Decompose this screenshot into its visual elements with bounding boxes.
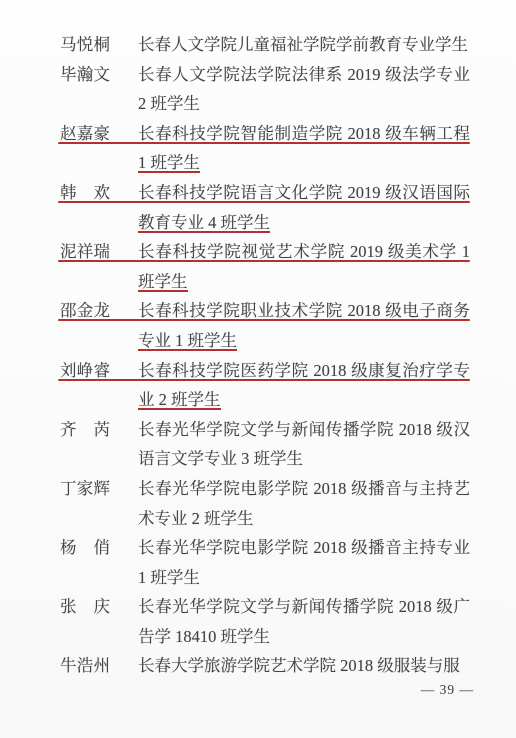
entry-text: 语言文学专业 3 班学生	[138, 444, 303, 474]
student-entry: 赵嘉豪长春科技学院智能制造学院 2018 级车辆工程1 班学生	[60, 119, 472, 178]
student-name: 刘峥睿	[60, 356, 110, 386]
entry-line-row: 毕瀚文长春人文学院法学院法律系 2019 级法学专业	[60, 60, 472, 90]
entry-line-row: 韩欢长春科技学院语言文化学院 2019 级汉语国际	[60, 178, 472, 208]
entry-line-row: 1 班学生	[60, 148, 472, 178]
student-entry: 丁家辉长春光华学院电影学院 2018 级播音与主持艺术专业 2 班学生	[60, 474, 472, 533]
entry-line-row: 泥祥瑞长春科技学院视觉艺术学院 2019 级美术学 1	[60, 237, 472, 267]
red-underline	[58, 260, 470, 262]
entry-line-row: 教育专业 4 班学生	[60, 208, 472, 238]
student-name: 泥祥瑞	[60, 237, 110, 267]
red-underline	[58, 142, 470, 144]
student-name: 韩欢	[60, 178, 110, 208]
entry-line-row: 张庆长春光华学院文学与新闻传播学院 2018 级广	[60, 592, 472, 622]
student-entry: 张庆长春光华学院文学与新闻传播学院 2018 级广告学 18410 班学生	[60, 592, 472, 651]
entry-text: 长春科技学院智能制造学院 2018 级车辆工程	[138, 119, 470, 149]
student-name: 毕瀚文	[60, 60, 110, 90]
entry-line-row: 专业 1 班学生	[60, 326, 472, 356]
entry-text: 长春人文学院法学院法律系 2019 级法学专业	[138, 60, 470, 90]
entry-text: 教育专业 4 班学生	[138, 208, 270, 233]
student-entry: 泥祥瑞长春科技学院视觉艺术学院 2019 级美术学 1班学生	[60, 237, 472, 296]
entry-line-row: 刘峥睿长春科技学院医药学院 2018 级康复治疗学专	[60, 356, 472, 386]
student-name: 杨俏	[60, 533, 110, 563]
entry-line-row: 1 班学生	[60, 563, 472, 593]
student-entry: 韩欢长春科技学院语言文化学院 2019 级汉语国际教育专业 4 班学生	[60, 178, 472, 237]
entry-text: 长春光华学院电影学院 2018 级播音与主持艺	[138, 474, 470, 504]
entry-text: 长春光华学院文学与新闻传播学院 2018 级汉	[138, 415, 470, 445]
entry-line-row: 班学生	[60, 267, 472, 297]
student-name: 牛浩州	[60, 651, 110, 681]
student-name: 齐芮	[60, 415, 110, 445]
entry-line-row: 业 2 班学生	[60, 385, 472, 415]
red-underline	[58, 379, 470, 381]
entry-text: 术专业 2 班学生	[138, 504, 254, 534]
student-entry: 马悦桐长春人文学院儿童福祉学院学前教育专业学生	[60, 30, 472, 60]
entry-text: 长春科技学院职业技术学院 2018 级电子商务	[138, 296, 470, 326]
entry-text: 长春科技学院视觉艺术学院 2019 级美术学 1	[138, 237, 470, 267]
entry-text: 长春光华学院电影学院 2018 级播音主持专业	[138, 533, 470, 563]
student-entry: 牛浩州长春大学旅游学院艺术学院 2018 级服装与服	[60, 651, 472, 681]
student-roster: 马悦桐长春人文学院儿童福祉学院学前教育专业学生毕瀚文长春人文学院法学院法律系 2…	[60, 30, 472, 681]
entry-text: 长春大学旅游学院艺术学院 2018 级服装与服	[138, 651, 460, 681]
entry-text: 业 2 班学生	[138, 385, 221, 410]
page-number: — 39 —	[421, 682, 474, 698]
student-entry: 齐芮长春光华学院文学与新闻传播学院 2018 级汉语言文学专业 3 班学生	[60, 415, 472, 474]
entry-text: 班学生	[138, 267, 188, 292]
entry-text: 专业 1 班学生	[138, 326, 237, 351]
entry-text: 1 班学生	[138, 563, 200, 593]
entry-text: 长春人文学院儿童福祉学院学前教育专业学生	[138, 30, 468, 60]
document-page: 马悦桐长春人文学院儿童福祉学院学前教育专业学生毕瀚文长春人文学院法学院法律系 2…	[0, 0, 516, 738]
entry-text: 长春科技学院语言文化学院 2019 级汉语国际	[138, 178, 470, 208]
entry-line-row: 告学 18410 班学生	[60, 622, 472, 652]
student-name: 邵金龙	[60, 296, 110, 326]
entry-text: 长春科技学院医药学院 2018 级康复治疗学专	[138, 356, 470, 386]
student-entry: 毕瀚文长春人文学院法学院法律系 2019 级法学专业2 班学生	[60, 60, 472, 119]
student-name: 丁家辉	[60, 474, 110, 504]
entry-text: 2 班学生	[138, 89, 200, 119]
entry-line-row: 语言文学专业 3 班学生	[60, 444, 472, 474]
student-name: 张庆	[60, 592, 110, 622]
entry-line-row: 2 班学生	[60, 89, 472, 119]
entry-text: 告学 18410 班学生	[138, 622, 270, 652]
entry-line-row: 术专业 2 班学生	[60, 504, 472, 534]
entry-text: 长春光华学院文学与新闻传播学院 2018 级广	[138, 592, 470, 622]
student-entry: 杨俏长春光华学院电影学院 2018 级播音主持专业1 班学生	[60, 533, 472, 592]
entry-line-row: 丁家辉长春光华学院电影学院 2018 级播音与主持艺	[60, 474, 472, 504]
student-entry: 邵金龙长春科技学院职业技术学院 2018 级电子商务专业 1 班学生	[60, 296, 472, 355]
entry-line-row: 马悦桐长春人文学院儿童福祉学院学前教育专业学生	[60, 30, 472, 60]
entry-line-row: 杨俏长春光华学院电影学院 2018 级播音主持专业	[60, 533, 472, 563]
student-name: 马悦桐	[60, 30, 110, 60]
student-name: 赵嘉豪	[60, 119, 110, 149]
entry-line-row: 邵金龙长春科技学院职业技术学院 2018 级电子商务	[60, 296, 472, 326]
entry-line-row: 齐芮长春光华学院文学与新闻传播学院 2018 级汉	[60, 415, 472, 445]
entry-line-row: 牛浩州长春大学旅游学院艺术学院 2018 级服装与服	[60, 651, 472, 681]
entry-line-row: 赵嘉豪长春科技学院智能制造学院 2018 级车辆工程	[60, 119, 472, 149]
entry-text: 1 班学生	[138, 148, 200, 173]
student-entry: 刘峥睿长春科技学院医药学院 2018 级康复治疗学专业 2 班学生	[60, 356, 472, 415]
red-underline	[58, 201, 470, 203]
